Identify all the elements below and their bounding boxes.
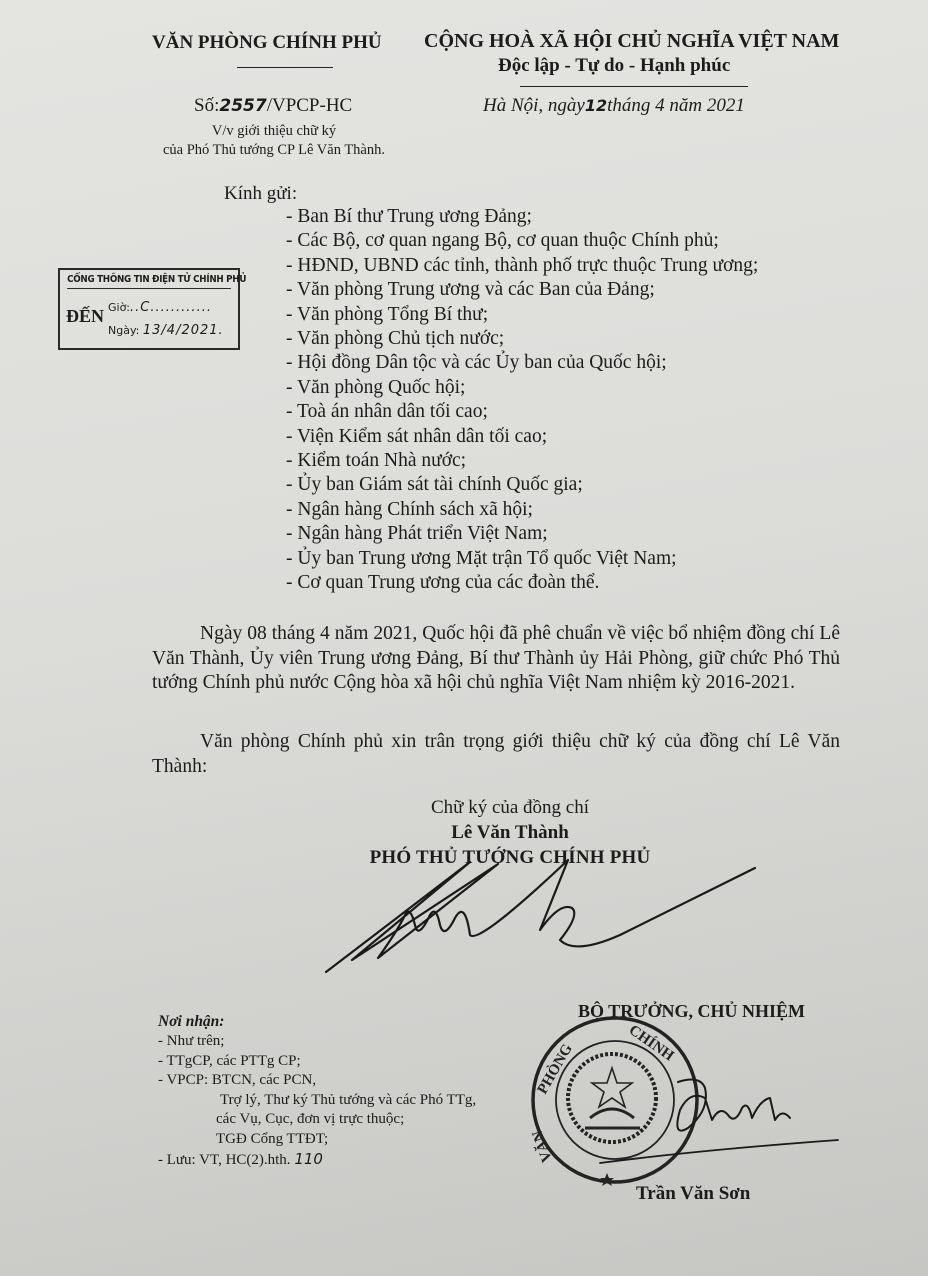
stamp-label: ĐẾN [66, 306, 104, 327]
doc-number-prefix: Số: [194, 95, 219, 116]
stamp-date: Ngày: 13/4/2021. [108, 323, 224, 338]
stamp-time: Giờ:..C............ [108, 300, 212, 315]
signature-title: PHÓ THỦ TƯỚNG CHÍNH PHỦ [330, 845, 690, 870]
addressee-item: - Toà án nhân dân tối cao; [286, 400, 758, 424]
addressee-item: - Văn phòng Chủ tịch nước; [286, 327, 758, 351]
addressees-intro: Kính gửi: [224, 183, 297, 205]
addressee-item: - Ngân hàng Phát triển Việt Nam; [286, 522, 758, 546]
signature-name: Lê Văn Thành [330, 820, 690, 845]
addressee-item: - Văn phòng Trung ương và các Ban của Đả… [286, 278, 758, 302]
signature-caption: Chữ ký của đồng chí [330, 795, 690, 820]
subject-line-1: V/v giới thiệu chữ ký [140, 122, 408, 141]
distribution-item: - TTgCP, các PTTg CP; [158, 1052, 476, 1072]
official-seal-icon: PHÒNG CHÍNH VĂN [529, 1018, 697, 1186]
date-day-handwritten: 12 [585, 96, 607, 115]
issuer-name: VĂN PHÒNG CHÍNH PHỦ [152, 32, 382, 54]
motto-underline [520, 86, 748, 87]
addressee-item: - Văn phòng Tổng Bí thư; [286, 303, 758, 327]
date-prefix: Hà Nội, ngày [483, 95, 585, 116]
document-subject: V/v giới thiệu chữ ký của Phó Thủ tướng … [140, 122, 408, 160]
stamp-time-label: Giờ: [108, 301, 130, 314]
doc-number-handwritten: 2557 [219, 96, 266, 116]
addressee-item: - Hội đồng Dân tộc và các Ủy ban của Quố… [286, 351, 758, 375]
distribution-list: - Như trên; - TTgCP, các PTTg CP; - VPCP… [158, 1032, 476, 1170]
addressee-item: - Văn phòng Quốc hội; [286, 376, 758, 400]
country-name: CỘNG HOÀ XÃ HỘI CHỦ NGHĨA VIỆT NAM [424, 30, 839, 53]
specimen-signature-block: Chữ ký của đồng chí Lê Văn Thành PHÓ THỦ… [330, 795, 690, 870]
stamp-date-label: Ngày: [108, 324, 139, 337]
issuer-underline [237, 67, 333, 68]
signatory-title: BỘ TRƯỞNG, CHỦ NHIỆM [578, 1001, 805, 1022]
minister-signature-icon [600, 1080, 838, 1163]
addressee-item: - Ủy ban Trung ương Mặt trận Tổ quốc Việ… [286, 547, 758, 571]
addressee-item: - HĐND, UBND các tỉnh, thành phố trực th… [286, 254, 758, 278]
archive-count-handwritten: 110 [294, 1150, 323, 1168]
document-number: Số:2557/VPCP-HC [194, 95, 352, 117]
addressee-item: - Ngân hàng Chính sách xã hội; [286, 498, 758, 522]
svg-text:PHÒNG: PHÒNG [534, 1041, 576, 1097]
received-stamp: CỔNG THÔNG TIN ĐIỆN TỬ CHÍNH PHỦ ĐẾN Giờ… [58, 268, 240, 350]
signatory-name: Trần Văn Sơn [636, 1183, 750, 1205]
national-motto: Độc lập - Tự do - Hạnh phúc [498, 55, 730, 77]
body-paragraph-2: Văn phòng Chính phủ xin trân trọng giới … [152, 730, 840, 779]
addressee-item: - Ban Bí thư Trung ương Đảng; [286, 205, 758, 229]
distribution-title: Nơi nhận: [158, 1013, 224, 1031]
date-suffix: tháng 4 năm 2021 [607, 95, 745, 116]
svg-text:CHÍNH: CHÍNH [626, 1021, 678, 1064]
distribution-item: các Vụ, Cục, đơn vị trực thuộc; [158, 1110, 476, 1130]
distribution-item: - Như trên; [158, 1032, 476, 1052]
specimen-signature-icon [326, 860, 755, 972]
addressee-item: - Kiểm toán Nhà nước; [286, 449, 758, 473]
addressee-item: - Các Bộ, cơ quan ngang Bộ, cơ quan thuộ… [286, 229, 758, 253]
distribution-item: Trợ lý, Thư ký Thủ tướng và các Phó TTg, [158, 1091, 476, 1111]
body-paragraph-1: Ngày 08 tháng 4 năm 2021, Quốc hội đã ph… [152, 622, 840, 696]
distribution-archive: - Lưu: VT, HC(2).hth. 110 [158, 1150, 476, 1171]
place-and-date: Hà Nội, ngày12tháng 4 năm 2021 [483, 95, 745, 117]
addressee-list: - Ban Bí thư Trung ương Đảng; - Các Bộ, … [286, 205, 758, 596]
addressee-item: - Cơ quan Trung ương của các đoàn thể. [286, 571, 758, 595]
doc-number-suffix: /VPCP-HC [267, 95, 353, 116]
addressee-item: - Ủy ban Giám sát tài chính Quốc gia; [286, 473, 758, 497]
stamp-date-value: 13/4/2021. [143, 323, 224, 338]
addressee-item: - Viện Kiểm sát nhân dân tối cao; [286, 425, 758, 449]
svg-text:VĂN: VĂN [529, 1128, 556, 1165]
distribution-item: TGĐ Cổng TTĐT; [158, 1130, 476, 1150]
stamp-time-value: ..C............ [130, 300, 212, 315]
subject-line-2: của Phó Thủ tướng CP Lê Văn Thành. [140, 141, 408, 160]
stamp-title: CỔNG THÔNG TIN ĐIỆN TỬ CHÍNH PHỦ [67, 270, 231, 289]
distribution-item: - VPCP: BTCN, các PCN, [158, 1071, 476, 1091]
